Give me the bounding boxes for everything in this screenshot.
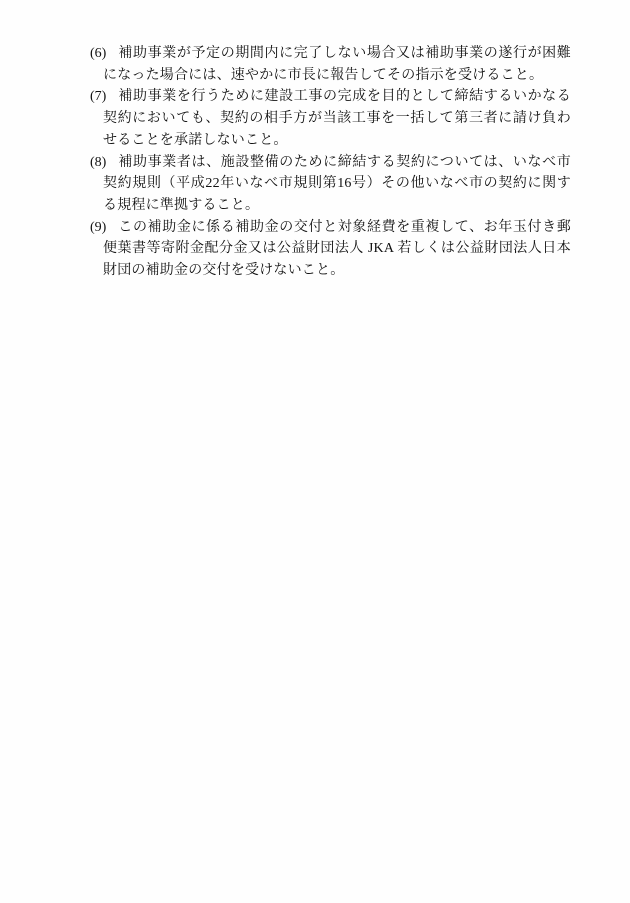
- document-page: (6)補助事業が予定の期間内に完了しない場合又は補助事業の遂行が困難になった場合…: [0, 0, 630, 903]
- clause-8: (8)補助事業者は、施設整備のために締結する契約については、いなべ市契約規則（平…: [90, 152, 571, 217]
- clause-8-text: 補助事業者は、施設整備のために締結する契約については、いなべ市契約規則（平成22…: [103, 155, 571, 213]
- clause-9: (9)この補助金に係る補助金の交付と対象経費を重複して、お年玉付き郵便葉書等寄附…: [90, 217, 571, 282]
- clause-9-number: (9): [90, 217, 118, 239]
- clause-6-number: (6): [90, 43, 118, 65]
- clause-6: (6)補助事業が予定の期間内に完了しない場合又は補助事業の遂行が困難になった場合…: [90, 43, 571, 86]
- clause-8-number: (8): [90, 152, 118, 174]
- clause-9-text: この補助金に係る補助金の交付と対象経費を重複して、お年玉付き郵便葉書等寄附金配分…: [103, 220, 571, 278]
- clause-7: (7)補助事業を行うために建設工事の完成を目的として締結するいかなる契約において…: [90, 86, 571, 151]
- clause-list: (6)補助事業が予定の期間内に完了しない場合又は補助事業の遂行が困難になった場合…: [90, 43, 571, 282]
- clause-7-text: 補助事業を行うために建設工事の完成を目的として締結するいかなる契約においても、契…: [103, 89, 571, 147]
- clause-7-number: (7): [90, 86, 118, 108]
- clause-6-text: 補助事業が予定の期間内に完了しない場合又は補助事業の遂行が困難になった場合には、…: [103, 46, 571, 83]
